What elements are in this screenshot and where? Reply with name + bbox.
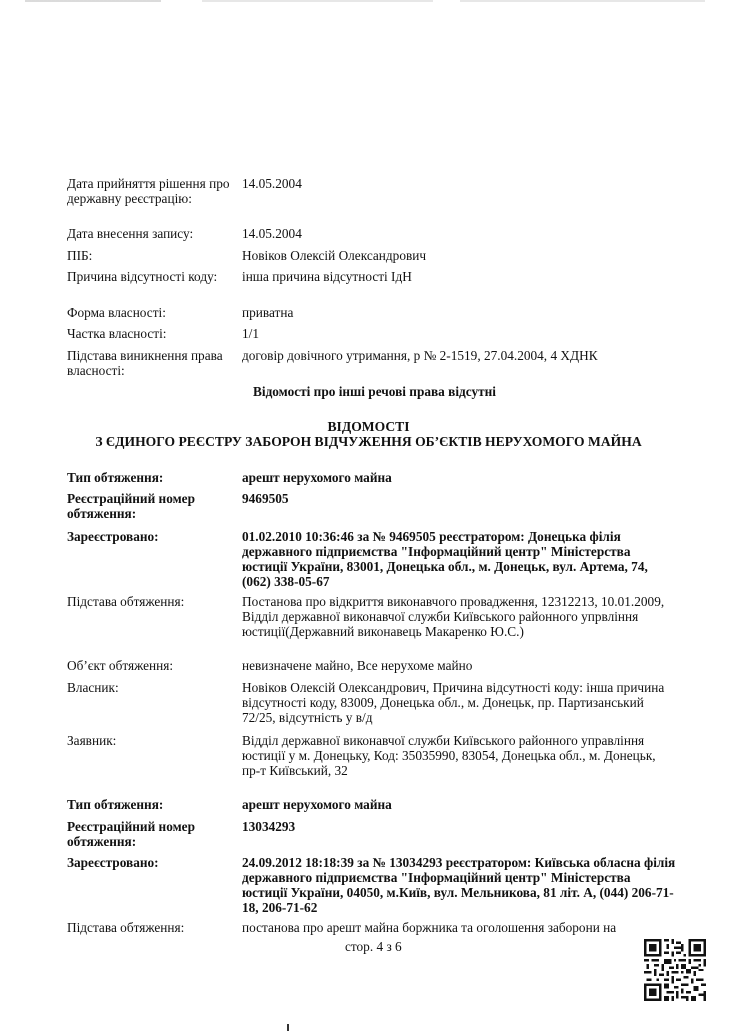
field-no-code-reason: Причина відсутності коду: інша причина в… (67, 269, 677, 284)
enc1-registered: Зареєстровано: 01.02.2010 10:36:46 за № … (67, 529, 677, 589)
field-entry-date: Дата внесення запису: 14.05.2004 (67, 226, 677, 241)
field-value: арешт нерухомого майна (242, 470, 677, 485)
field-label: Об’єкт обтяження: (67, 658, 242, 673)
page-number: стор. 4 з 6 (345, 939, 402, 954)
field-value: інша причина відсутності ІдН (242, 269, 677, 284)
field-label: Дата внесення запису: (67, 226, 242, 241)
field-label: Форма власності: (67, 305, 242, 320)
other-rights-note: Відомості про інші речові права відсутні (10, 384, 729, 399)
field-full-name: ПІБ: Новіков Олексій Олександрович (67, 248, 677, 263)
field-label: Зареєстровано: (67, 529, 242, 589)
field-value: 1/1 (242, 326, 677, 341)
field-value: приватна (242, 305, 677, 320)
enc2-reg-number: Реєстраційний номер обтяження: 13034293 (67, 819, 677, 849)
field-value: 24.09.2012 18:18:39 за № 13034293 реєстр… (242, 855, 677, 915)
field-value: договір довічного утримання, р № 2-1519,… (242, 348, 677, 378)
field-label: Причина відсутності коду: (67, 269, 242, 284)
field-label: Частка власності: (67, 326, 242, 341)
field-value: Новіков Олексій Олександрович (242, 248, 677, 263)
field-label: Реєстраційний номер обтяження: (67, 819, 242, 849)
field-ownership-share: Частка власності: 1/1 (67, 326, 677, 341)
field-decision-date: Дата прийняття рішення про державну реєс… (67, 176, 677, 206)
field-value: Відділ державної виконавчої служби Київс… (242, 733, 677, 778)
field-value: Постанова про відкриття виконавчого пров… (242, 594, 677, 639)
field-label: Реєстраційний номер обтяження: (67, 491, 242, 521)
enc1-applicant: Заявник: Відділ державної виконавчої слу… (67, 733, 677, 778)
field-label: Підстава обтяження: (67, 594, 242, 639)
field-label: Зареєстровано: (67, 855, 242, 915)
section-title-line1: ВІДОМОСТІ (4, 419, 729, 434)
field-ownership-form: Форма власності: приватна (67, 305, 677, 320)
enc1-owner: Власник: Новіков Олексій Олександрович, … (67, 680, 677, 725)
field-label: Дата прийняття рішення про державну реєс… (67, 176, 232, 206)
field-value: 13034293 (242, 819, 677, 849)
field-value: арешт нерухомого майна (242, 797, 677, 812)
field-label: ПІБ: (67, 248, 242, 263)
scan-top-edge (25, 0, 705, 2)
enc1-type: Тип обтяження: арешт нерухомого майна (67, 470, 677, 485)
field-label: Підстава обтяження: (67, 920, 242, 935)
enc2-type: Тип обтяження: арешт нерухомого майна (67, 797, 677, 812)
field-label: Підстава виникнення права власності: (67, 348, 242, 378)
field-value: Новіков Олексій Олександрович, Причина в… (242, 680, 677, 725)
field-value: невизначене майно, Все нерухоме майно (242, 658, 677, 673)
enc1-reg-number: Реєстраційний номер обтяження: 9469505 (67, 491, 677, 521)
field-label: Заявник: (67, 733, 242, 778)
enc1-object: Об’єкт обтяження: невизначене майно, Все… (67, 658, 677, 673)
enc2-basis: Підстава обтяження: постанова про арешт … (67, 920, 677, 935)
field-value: 14.05.2004 (232, 176, 677, 206)
field-ownership-basis: Підстава виникнення права власності: дог… (67, 348, 677, 378)
qr-code-icon (644, 939, 706, 1001)
field-label: Тип обтяження: (67, 797, 242, 812)
enc2-registered: Зареєстровано: 24.09.2012 18:18:39 за № … (67, 855, 677, 915)
field-label: Тип обтяження: (67, 470, 242, 485)
field-value: постанова про арешт майна боржника та ог… (242, 920, 677, 935)
enc1-basis: Підстава обтяження: Постанова про відкри… (67, 594, 677, 639)
section-title-line2: З ЄДИНОГО РЕЄСТРУ ЗАБОРОН ВІДЧУЖЕННЯ ОБ’… (4, 434, 729, 449)
field-label: Власник: (67, 680, 242, 725)
field-value: 9469505 (242, 491, 677, 521)
scan-artifact-mark (287, 1024, 289, 1031)
field-value: 01.02.2010 10:36:46 за № 9469505 реєстра… (242, 529, 677, 589)
field-value: 14.05.2004 (242, 226, 677, 241)
